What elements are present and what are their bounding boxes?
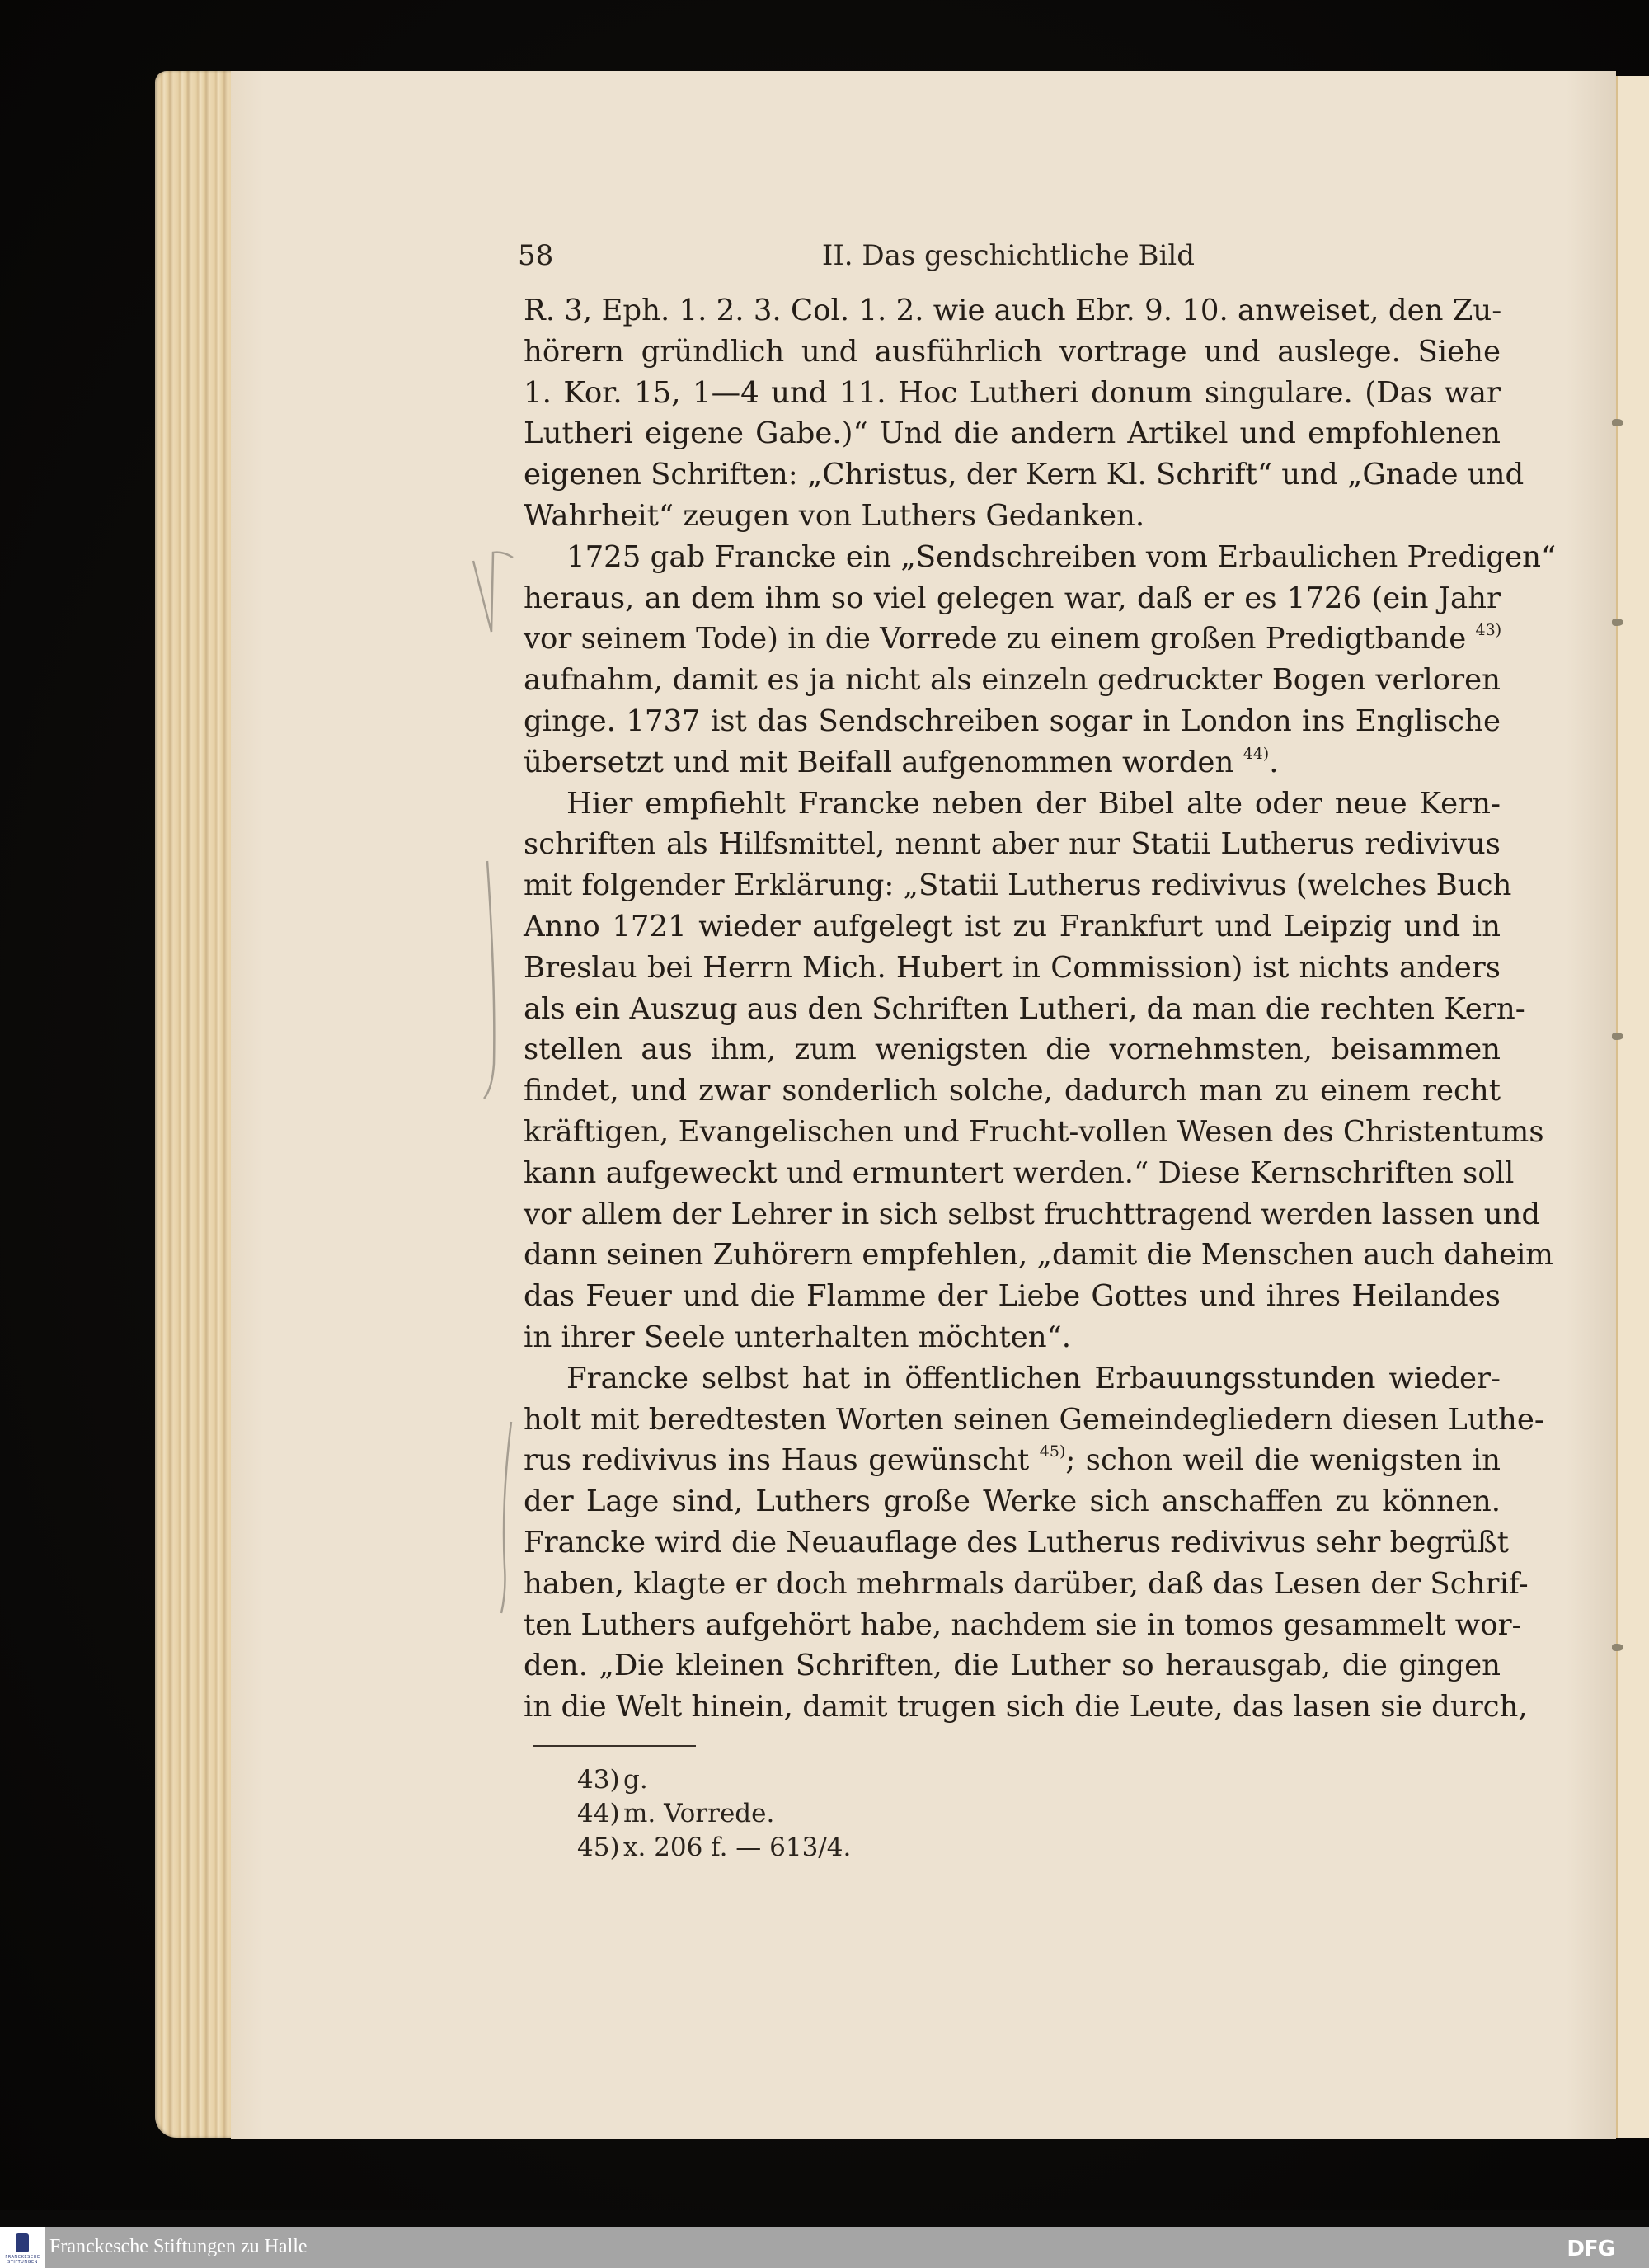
francke-figure-icon xyxy=(16,2233,29,2252)
footnotes: 43)g. 44)m. Vorrede. 45)x. 206 f. — 613/… xyxy=(577,1763,851,1865)
text-line-content: übersetzt und mit Beifall aufgenommen wo… xyxy=(524,746,1233,779)
chapter-title: II. Das geschichtliche Bild xyxy=(518,239,1499,272)
binding-stitch-icon xyxy=(1612,619,1623,626)
text-line: Anno 1721 wieder aufgelegt ist zu Frankf… xyxy=(524,906,1501,948)
footnote-number: 44) xyxy=(577,1797,623,1831)
institution-logo[interactable]: FRANCKESCHE STIFTUNGEN xyxy=(0,2227,45,2268)
text-line: ten Luthers aufgehört habe, nachdem sie … xyxy=(524,1605,1501,1646)
body-text: R. 3, Eph. 1. 2. 3. Col. 1. 2. wie auch … xyxy=(524,290,1501,1728)
text-line: rus redivivus ins Haus gewünscht 45); sc… xyxy=(524,1440,1501,1481)
paragraph: R. 3, Eph. 1. 2. 3. Col. 1. 2. wie auch … xyxy=(524,290,1501,537)
text-line: haben, klagte er doch mehrmals darüber, … xyxy=(524,1564,1501,1605)
text-line: stellen aus ihm, zum wenigsten die vorne… xyxy=(524,1029,1501,1070)
text-line: 1. Kor. 15, 1—4 und 11. Hoc Lutheri donu… xyxy=(524,373,1501,414)
footnote-item: 44)m. Vorrede. xyxy=(577,1797,851,1831)
text-line: Breslau bei Herrn Mich. Hubert in Commis… xyxy=(524,948,1501,989)
text-line: kräftigen, Evangelischen und Frucht-voll… xyxy=(524,1112,1501,1153)
footnote-divider xyxy=(533,1745,696,1747)
footnote-number: 45) xyxy=(577,1831,623,1865)
footnote-item: 45)x. 206 f. — 613/4. xyxy=(577,1831,851,1865)
footnote-text: x. 206 f. — 613/4. xyxy=(623,1833,851,1862)
footnote-ref[interactable]: 43) xyxy=(1476,621,1502,639)
text-line: heraus, an dem ihm so viel gelegen war, … xyxy=(524,578,1501,619)
text-line: Lutheri eigene Gabe.)“ Und die andern Ar… xyxy=(524,413,1501,454)
running-head: 58 II. Das geschichtliche Bild xyxy=(518,239,1499,280)
text-line: vor allem der Lehrer in sich selbst fruc… xyxy=(524,1194,1501,1235)
text-line: vor seinem Tode) in die Vorrede zu einem… xyxy=(524,619,1501,660)
footnote-ref[interactable]: 44) xyxy=(1243,745,1270,763)
footnote-text: g. xyxy=(623,1765,648,1795)
text-line: übersetzt und mit Beifall aufgenommen wo… xyxy=(524,742,1501,783)
pencil-bracket-icon xyxy=(482,858,515,1105)
text-line: kann aufgeweckt und ermuntert werden.“ D… xyxy=(524,1153,1501,1194)
text-line: ginge. 1737 ist das Sendschreiben sogar … xyxy=(524,701,1501,742)
binding-stitch-icon xyxy=(1612,1033,1623,1040)
text-line-content: vor seinem Tode) in die Vorrede zu einem… xyxy=(524,622,1466,656)
text-line: dann seinen Zuhörern empfehlen, „damit d… xyxy=(524,1235,1501,1276)
facing-page-edge xyxy=(1616,76,1649,2138)
footnote-item: 43)g. xyxy=(577,1763,851,1797)
footnote-number: 43) xyxy=(577,1763,623,1797)
text-line-content: rus redivivus ins Haus gewünscht xyxy=(524,1443,1029,1477)
binding-stitch-icon xyxy=(1612,1644,1623,1651)
text-line: hörern gründlich und ausführlich vortrag… xyxy=(524,332,1501,373)
text-line: als ein Auszug aus den Schriften Lutheri… xyxy=(524,989,1501,1030)
text-line-suffix: . xyxy=(1269,746,1278,779)
text-line: schriften als Hilfsmittel, nennt aber nu… xyxy=(524,824,1501,865)
viewer-footer: FRANCKESCHE STIFTUNGEN Franckesche Stift… xyxy=(0,2227,1649,2268)
text-line: R. 3, Eph. 1. 2. 3. Col. 1. 2. wie auch … xyxy=(524,290,1501,332)
text-line: Hier empfiehlt Francke neben der Bibel a… xyxy=(524,783,1501,825)
text-line: mit folgender Erklärung: „Statii Lutheru… xyxy=(524,865,1501,906)
text-line: findet, und zwar sonderlich solche, dadu… xyxy=(524,1070,1501,1112)
paragraph: 1725 gab Francke ein „Sendschreiben vom … xyxy=(524,537,1501,783)
text-line: Wahrheit“ zeugen von Luthers Gedanken. xyxy=(524,496,1501,537)
text-line: Francke selbst hat in öffentlichen Erbau… xyxy=(524,1358,1501,1400)
logo-text: FRANCKESCHE STIFTUNGEN xyxy=(2,2255,44,2265)
footnote-text: m. Vorrede. xyxy=(623,1799,774,1828)
text-line: in ihrer Seele unterhalten möchten“. xyxy=(524,1317,1501,1358)
dfg-logo[interactable]: DFG xyxy=(1567,2237,1614,2261)
footnote-ref[interactable]: 45) xyxy=(1040,1442,1066,1461)
text-line: holt mit beredtesten Worten seinen Gemei… xyxy=(524,1400,1501,1441)
paragraph: Francke selbst hat in öffentlichen Erbau… xyxy=(524,1358,1501,1728)
text-line: das Feuer und die Flamme der Liebe Gotte… xyxy=(524,1276,1501,1317)
text-line: 1725 gab Francke ein „Sendschreiben vom … xyxy=(524,537,1501,578)
binding-stitch-icon xyxy=(1612,419,1623,426)
text-line: eigenen Schriften: „Christus, der Kern K… xyxy=(524,454,1501,496)
text-line: den. „Die kleinen Schriften, die Luther … xyxy=(524,1645,1501,1687)
text-line: in die Welt hinein, damit trugen sich di… xyxy=(524,1687,1501,1728)
text-line: aufnahm, damit es ja nicht als einzeln g… xyxy=(524,660,1501,701)
pencil-mark-icon xyxy=(470,544,519,643)
page-edge-stack xyxy=(155,71,236,2138)
text-line-suffix: ; schon weil die wenigsten in xyxy=(1065,1443,1501,1477)
paragraph: Hier empfiehlt Francke neben der Bibel a… xyxy=(524,783,1501,1358)
institution-name[interactable]: Franckesche Stiftungen zu Halle xyxy=(49,2236,308,2258)
pencil-bracket-icon xyxy=(495,1419,528,1616)
text-line: der Lage sind, Luthers große Werke sich … xyxy=(524,1481,1501,1522)
text-line: Francke wird die Neuauflage des Lutherus… xyxy=(524,1522,1501,1564)
